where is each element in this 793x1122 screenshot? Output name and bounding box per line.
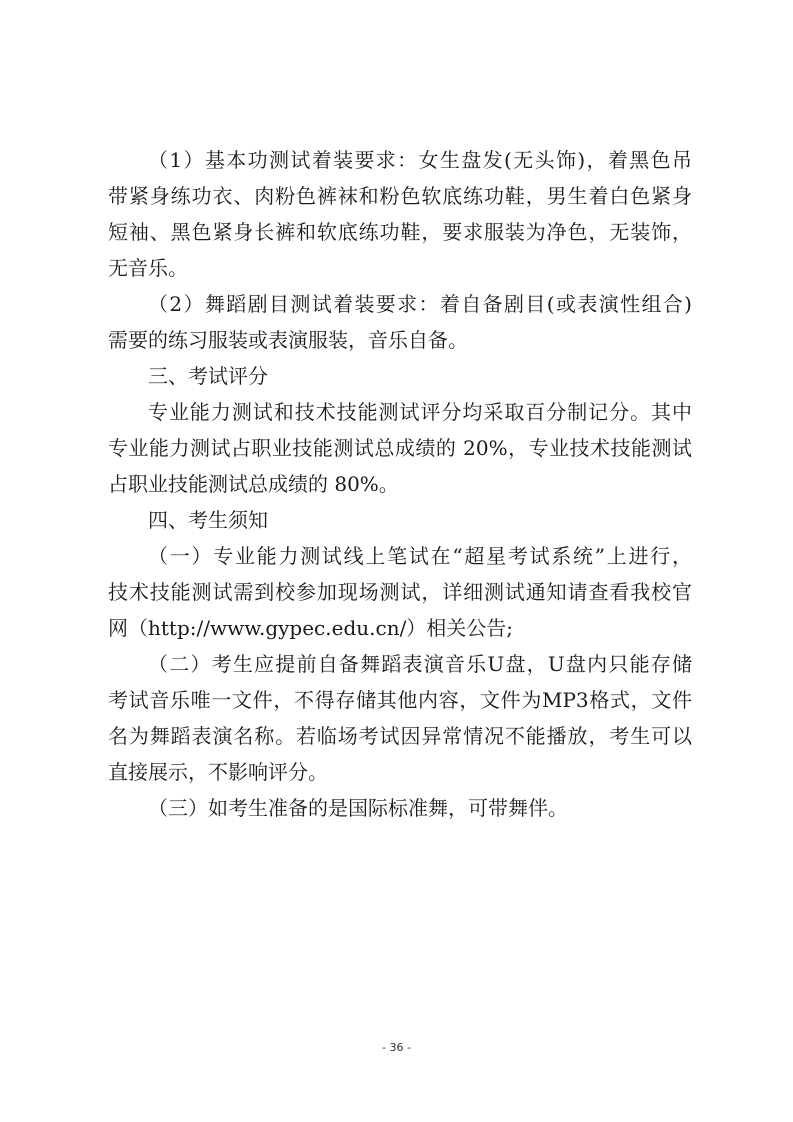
text-line: 占职业技能测试总成绩的 80%。 (108, 466, 692, 502)
text-line: （2）舞蹈剧目测试着装要求：着自备剧目(或表演性组合) (108, 286, 692, 322)
text-line: （1）基本功测试着装要求：女生盘发(无头饰)，着黑色吊 (108, 142, 692, 178)
paragraph-notice-2: （二）考生应提前自备舞蹈表演音乐U盘，U盘内只能存储 考试音乐唯一文件，不得存储… (108, 646, 692, 790)
text-line: （三）如考生准备的是国际标准舞，可带舞伴。 (108, 790, 692, 826)
text-line: 专业能力测试占职业技能测试总成绩的 20%，专业技术技能测试 (108, 430, 692, 466)
paragraph-basic-dress-requirements: （1）基本功测试着装要求：女生盘发(无头饰)，着黑色吊 带紧身练功衣、肉粉色裤袜… (108, 142, 692, 286)
document-page: （1）基本功测试着装要求：女生盘发(无头饰)，着黑色吊 带紧身练功衣、肉粉色裤袜… (108, 142, 692, 826)
paragraph-notice-3: （三）如考生准备的是国际标准舞，可带舞伴。 (108, 790, 692, 826)
text-line: 专业能力测试和技术技能测试评分均采取百分制记分。其中 (108, 394, 692, 430)
text-line: 技术技能测试需到校参加现场测试，详细测试通知请查看我校官 (108, 574, 692, 610)
paragraph-dance-dress-requirements: （2）舞蹈剧目测试着装要求：着自备剧目(或表演性组合) 需要的练习服装或表演服装… (108, 286, 692, 358)
text-line: 直接展示，不影响评分。 (108, 754, 692, 790)
text-line: 短袖、黑色紧身长裤和软底练功鞋，要求服装为净色，无装饰， (108, 214, 692, 250)
text-line: 需要的练习服装或表演服装，音乐自备。 (108, 322, 692, 358)
text-line: （二）考生应提前自备舞蹈表演音乐U盘，U盘内只能存储 (108, 646, 692, 682)
heading-text: 三、考试评分 (108, 358, 692, 394)
text-line: 带紧身练功衣、肉粉色裤袜和粉色软底练功鞋，男生着白色紧身 (108, 178, 692, 214)
page-number: - 36 - (0, 1041, 793, 1054)
heading-text: 四、考生须知 (108, 502, 692, 538)
text-line-with-url: 网（http://www.gypec.edu.cn/）相关公告; (108, 610, 692, 646)
section-heading-exam-scoring: 三、考试评分 (108, 358, 692, 394)
paragraph-notice-1: （一）专业能力测试线上笔试在“超星考试系统”上进行， 技术技能测试需到校参加现场… (108, 538, 692, 646)
text-line: 名为舞蹈表演名称。若临场考试因异常情况不能播放，考生可以 (108, 718, 692, 754)
text-line: 无音乐。 (108, 250, 692, 286)
text-line: （一）专业能力测试线上笔试在“超星考试系统”上进行， (108, 538, 692, 574)
text-line: 考试音乐唯一文件，不得存储其他内容，文件为MP3格式，文件 (108, 682, 692, 718)
section-heading-candidate-notice: 四、考生须知 (108, 502, 692, 538)
paragraph-scoring: 专业能力测试和技术技能测试评分均采取百分制记分。其中 专业能力测试占职业技能测试… (108, 394, 692, 502)
